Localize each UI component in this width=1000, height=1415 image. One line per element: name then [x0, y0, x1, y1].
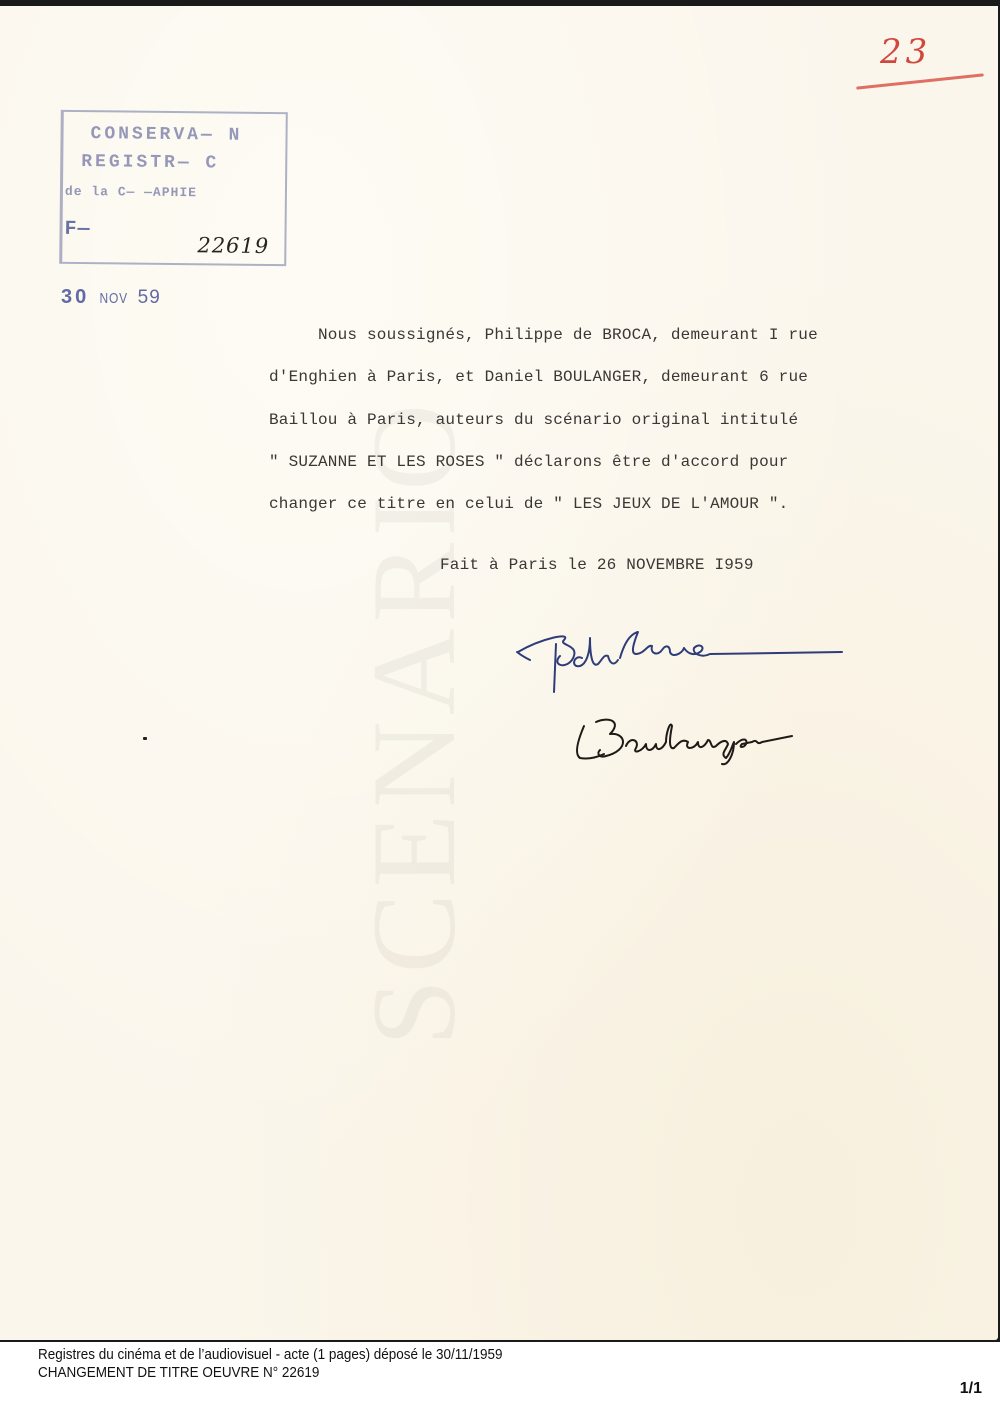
- backside-showthrough: SCENARIO: [345, 46, 565, 1046]
- signature-boulanger: [570, 706, 800, 768]
- stamp-registration-number: 22619: [197, 233, 269, 258]
- stamp-line-4: F—: [64, 218, 90, 241]
- body-line-1: Nous soussignés, Philippe de BROCA, deme…: [318, 326, 818, 344]
- stamp-line-2: REGISTR— C: [81, 152, 219, 173]
- page-number-annotation: 23: [880, 32, 931, 72]
- page-counter: 1/1: [960, 1380, 982, 1398]
- body-line-2: d'Enghien à Paris, et Daniel BOULANGER, …: [269, 368, 808, 386]
- registration-stamp: CONSERVA— N REGISTR— C de la C— —APHIE F…: [59, 110, 288, 266]
- page-number-underline: [856, 73, 984, 89]
- signature-de-broca: [512, 624, 852, 696]
- body-line-4: " SUZANNE ET LES ROSES " déclarons être …: [269, 453, 788, 471]
- body-line-5: changer ce titre en celui de " LES JEUX …: [269, 495, 788, 513]
- footer-caption: Registres du cinéma et de l’audiovisuel …: [38, 1346, 503, 1382]
- place-and-date: Fait à Paris le 26 NOVEMBRE I959: [440, 556, 754, 574]
- paper-sheet: SCENARIO 23 CONSERVA— N REGISTR— C de la…: [0, 6, 998, 1340]
- ink-speck: [143, 737, 147, 740]
- stamp-line-1: CONSERVA— N: [90, 124, 242, 146]
- stamp-line-3: de la C— —APHIE: [65, 184, 197, 200]
- body-line-3: Baillou à Paris, auteurs du scénario ori…: [269, 411, 798, 429]
- date-stamp: 30 NOV 59: [61, 286, 161, 309]
- footer-line-2: CHANGEMENT DE TITRE OEUVRE N° 22619: [38, 1364, 503, 1382]
- date-stamp-year: 59: [138, 287, 161, 308]
- footer-line-1: Registres du cinéma et de l’audiovisuel …: [38, 1346, 503, 1364]
- date-stamp-month: NOV: [99, 290, 127, 307]
- date-stamp-day: 30: [61, 286, 89, 308]
- scanned-page-frame: SCENARIO 23 CONSERVA— N REGISTR— C de la…: [0, 0, 1000, 1342]
